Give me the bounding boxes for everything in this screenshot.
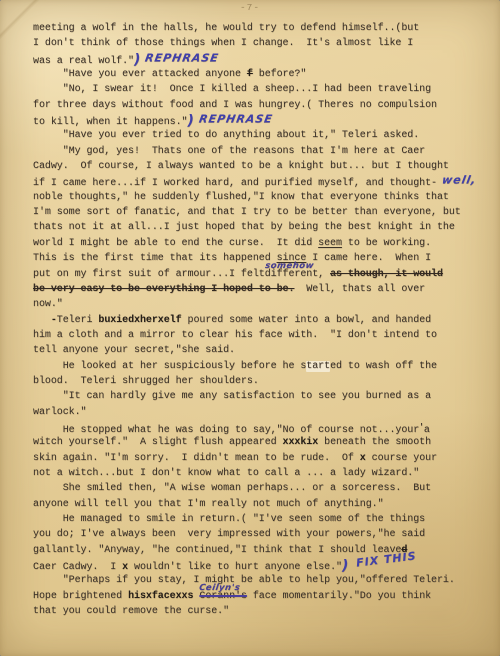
- typed-text-segment: ed to wash off the: [330, 361, 437, 372]
- typed-text-segment: "Perhaps if you stay, I might be able to…: [33, 575, 455, 586]
- text-line: anyone will tell you that I'm really not…: [33, 497, 490, 512]
- underlined-text: seem: [318, 238, 342, 249]
- typed-text-segment: meeting a wolf in the halls, he would tr…: [33, 23, 419, 34]
- text-line: He looked at her suspiciously before he …: [33, 359, 490, 374]
- whiteout-correction: tart: [306, 361, 330, 372]
- text-line: "It can hardly give me any satisfaction …: [33, 389, 490, 404]
- text-line: him a cloth and a mirror to clear his fa…: [33, 328, 490, 343]
- typed-text-segment: Well, thats all over: [294, 284, 425, 295]
- typed-text-segment: now.": [33, 299, 63, 310]
- handwritten-annotation: well,: [436, 173, 478, 188]
- text-line: noble thoughts," he suddenly flushed,"I …: [33, 190, 490, 205]
- text-line: -Teleri buxiedxherxelf poured some water…: [33, 313, 490, 328]
- text-line: "Perhaps if you stay, I might be able to…: [33, 573, 490, 588]
- text-line: He stopped what he was doing to say,"No …: [33, 420, 490, 435]
- typed-text-segment: Hope brightened: [33, 591, 128, 602]
- typed-text-segment: "It can hardly give me any satisfaction …: [33, 391, 431, 402]
- text-line: skin again. "I'm sorry. I didn't mean to…: [33, 451, 490, 466]
- typed-text-segment: before?": [253, 69, 306, 80]
- text-line: if I came here...if I worked hard, and p…: [33, 174, 490, 189]
- typed-text-segment: Cadwy. Of course, I always wanted to be …: [33, 161, 449, 172]
- typed-text-segment: anyone will tell you that I'm really not…: [33, 499, 384, 510]
- text-line: world I might be able to end the curse. …: [33, 236, 490, 251]
- typed-text-segment: He managed to smile in return.( "I've se…: [33, 514, 425, 525]
- text-line: She smiled then, "A wise woman perhaps..…: [33, 481, 490, 496]
- text-line: meeting a wolf in the halls, he would tr…: [33, 21, 490, 36]
- typed-text-segment: that you could remove the curse.": [33, 606, 229, 617]
- typed-text-segment: him a cloth and a mirror to clear his fa…: [33, 330, 437, 341]
- text-line: tell anyone your secret,"she said.: [33, 343, 490, 358]
- typed-text-segment: witch yourself." A slight flush appeared: [33, 437, 283, 448]
- typed-text-segment: She smiled then, "A wise woman perhaps..…: [33, 483, 431, 494]
- typed-text-segment: face momentarily."Do you think: [247, 591, 431, 602]
- text-line: that you could remove the curse.": [33, 604, 490, 619]
- typed-text-segment: Caer Cadwy. I: [33, 562, 122, 573]
- handwritten-paren: ): [342, 559, 348, 574]
- typed-text-segment: to kill, when it happens.": [33, 117, 187, 128]
- text-line: thats not it at all...I just hoped that …: [33, 220, 490, 235]
- typed-text-segment: was a real wolf.": [33, 56, 134, 67]
- typed-text-segment: I don't think of those things when I cha…: [33, 38, 413, 49]
- text-line: "My god, yes! Thats one of the reasons t…: [33, 144, 490, 159]
- typed-text-segment: if I came here...if I worked hard, and p…: [33, 178, 437, 189]
- text-line: put on my first suit of armour...I felts…: [33, 267, 490, 282]
- typed-text-segment: gallantly. "Anyway, "he continued,"I thi…: [33, 545, 401, 556]
- text-line: This is the first time that its happened…: [33, 251, 490, 266]
- text-line: Cadwy. Of course, I always wanted to be …: [33, 159, 490, 174]
- typed-text-segment: put on my first suit of armour...I felt: [33, 269, 265, 280]
- text-line: witch yourself." A slight flush appeared…: [33, 435, 490, 450]
- typed-text-segment: skin again. "I'm sorry. I didn't mean to…: [33, 453, 360, 464]
- overstruck-text: hisxfacexxs: [128, 591, 193, 602]
- handwritten-annotation: REPHRASE: [139, 50, 220, 65]
- typed-text-segment: you do; I've always been very impressed …: [33, 529, 425, 540]
- text-line: "Have you ever attacked anyone f before?…: [33, 67, 490, 82]
- text-line: Hope brightened hisxfacexxs Ceilyn'sCora…: [33, 589, 490, 604]
- typed-text-segment: "No, I swear it! Once I killed a sheep..…: [33, 84, 431, 95]
- typed-text: meeting a wolf in the halls, he would tr…: [33, 21, 490, 619]
- typed-text-segment: He stopped what he was doing to say,"No …: [33, 425, 419, 436]
- typed-text-segment: noble thoughts," he suddenly flushed,"I …: [33, 192, 449, 203]
- typed-text-segment: a: [424, 425, 430, 436]
- typed-text-segment: I came here. When I: [306, 253, 431, 264]
- typed-text-segment: Teleri: [57, 315, 99, 326]
- typed-text-segment: for three days without food and I was hu…: [33, 100, 437, 111]
- typed-text-segment: He looked at her suspiciously before he …: [33, 361, 306, 372]
- typed-text-segment: warlock.": [33, 407, 86, 418]
- text-line: "No, I swear it! Once I killed a sheep..…: [33, 82, 490, 97]
- text-line: warlock.": [33, 405, 490, 420]
- text-line: was a real wolf.") REPHRASE: [33, 52, 490, 67]
- typed-text-segment: "Have you ever tried to do anything abou…: [33, 130, 419, 141]
- text-line: I don't think of those things when I cha…: [33, 36, 490, 51]
- typed-text-segment: wouldn't like to hurt anyone else.": [128, 562, 342, 573]
- manuscript-page: -7- meeting a wolf in the halls, he woul…: [0, 0, 500, 656]
- typed-text-segment: tell anyone your secret,"she said.: [33, 345, 235, 356]
- typed-text-segment: poured some water into a bowl, and hande…: [182, 315, 432, 326]
- handwritten-annotation: REPHRASE: [193, 112, 274, 127]
- typed-text-segment: beneath the smooth: [318, 437, 431, 448]
- text-line: now.": [33, 297, 490, 312]
- text-line: I'm some sort of fanatic, and that I try…: [33, 205, 490, 220]
- typed-text-segment: I'm some sort of fanatic, and that I try…: [33, 207, 461, 218]
- struck-text: as though, it would: [330, 269, 443, 280]
- text-line: not a witch...but I don't know what to c…: [33, 466, 490, 481]
- overstruck-text: buxiedxherxelf: [98, 315, 181, 326]
- text-line: to kill, when it happens.") REPHRASE: [33, 113, 490, 128]
- page-number: -7-: [0, 2, 500, 13]
- text-line: you do; I've always been very impressed …: [33, 527, 490, 542]
- text-line: be very easy to be everything I hoped to…: [33, 282, 490, 297]
- typed-text-segment: world I might be able to end the curse. …: [33, 238, 318, 249]
- typed-text-segment: course your: [366, 453, 437, 464]
- typed-text-segment: not a witch...but I don't know what to c…: [33, 468, 419, 479]
- typed-text-segment: blood. Teleri shrugged her shoulders.: [33, 376, 259, 387]
- text-line: Caer Cadwy. I x wouldn't like to hurt an…: [33, 558, 490, 573]
- typed-text-segment: [33, 315, 51, 326]
- overstruck-text: xxxkix: [283, 437, 319, 448]
- typed-text-segment: to be working.: [342, 238, 431, 249]
- text-line: blood. Teleri shrugged her shoulders.: [33, 374, 490, 389]
- text-line: He managed to smile in return.( "I've se…: [33, 512, 490, 527]
- typed-text-segment: thats not it at all...I just hoped that …: [33, 222, 455, 233]
- text-line: "Have you ever tried to do anything abou…: [33, 128, 490, 143]
- typed-text-segment: "Have you ever attacked anyone: [33, 69, 247, 80]
- struck-text: be very easy to be everything I hoped to…: [33, 284, 294, 295]
- text-line: gallantly. "Anyway, "he continued,"I thi…: [33, 543, 490, 558]
- typed-text-segment: This is the first time that its happened: [33, 253, 277, 264]
- typed-text-segment: "My god, yes! Thats one of the reasons t…: [33, 146, 425, 157]
